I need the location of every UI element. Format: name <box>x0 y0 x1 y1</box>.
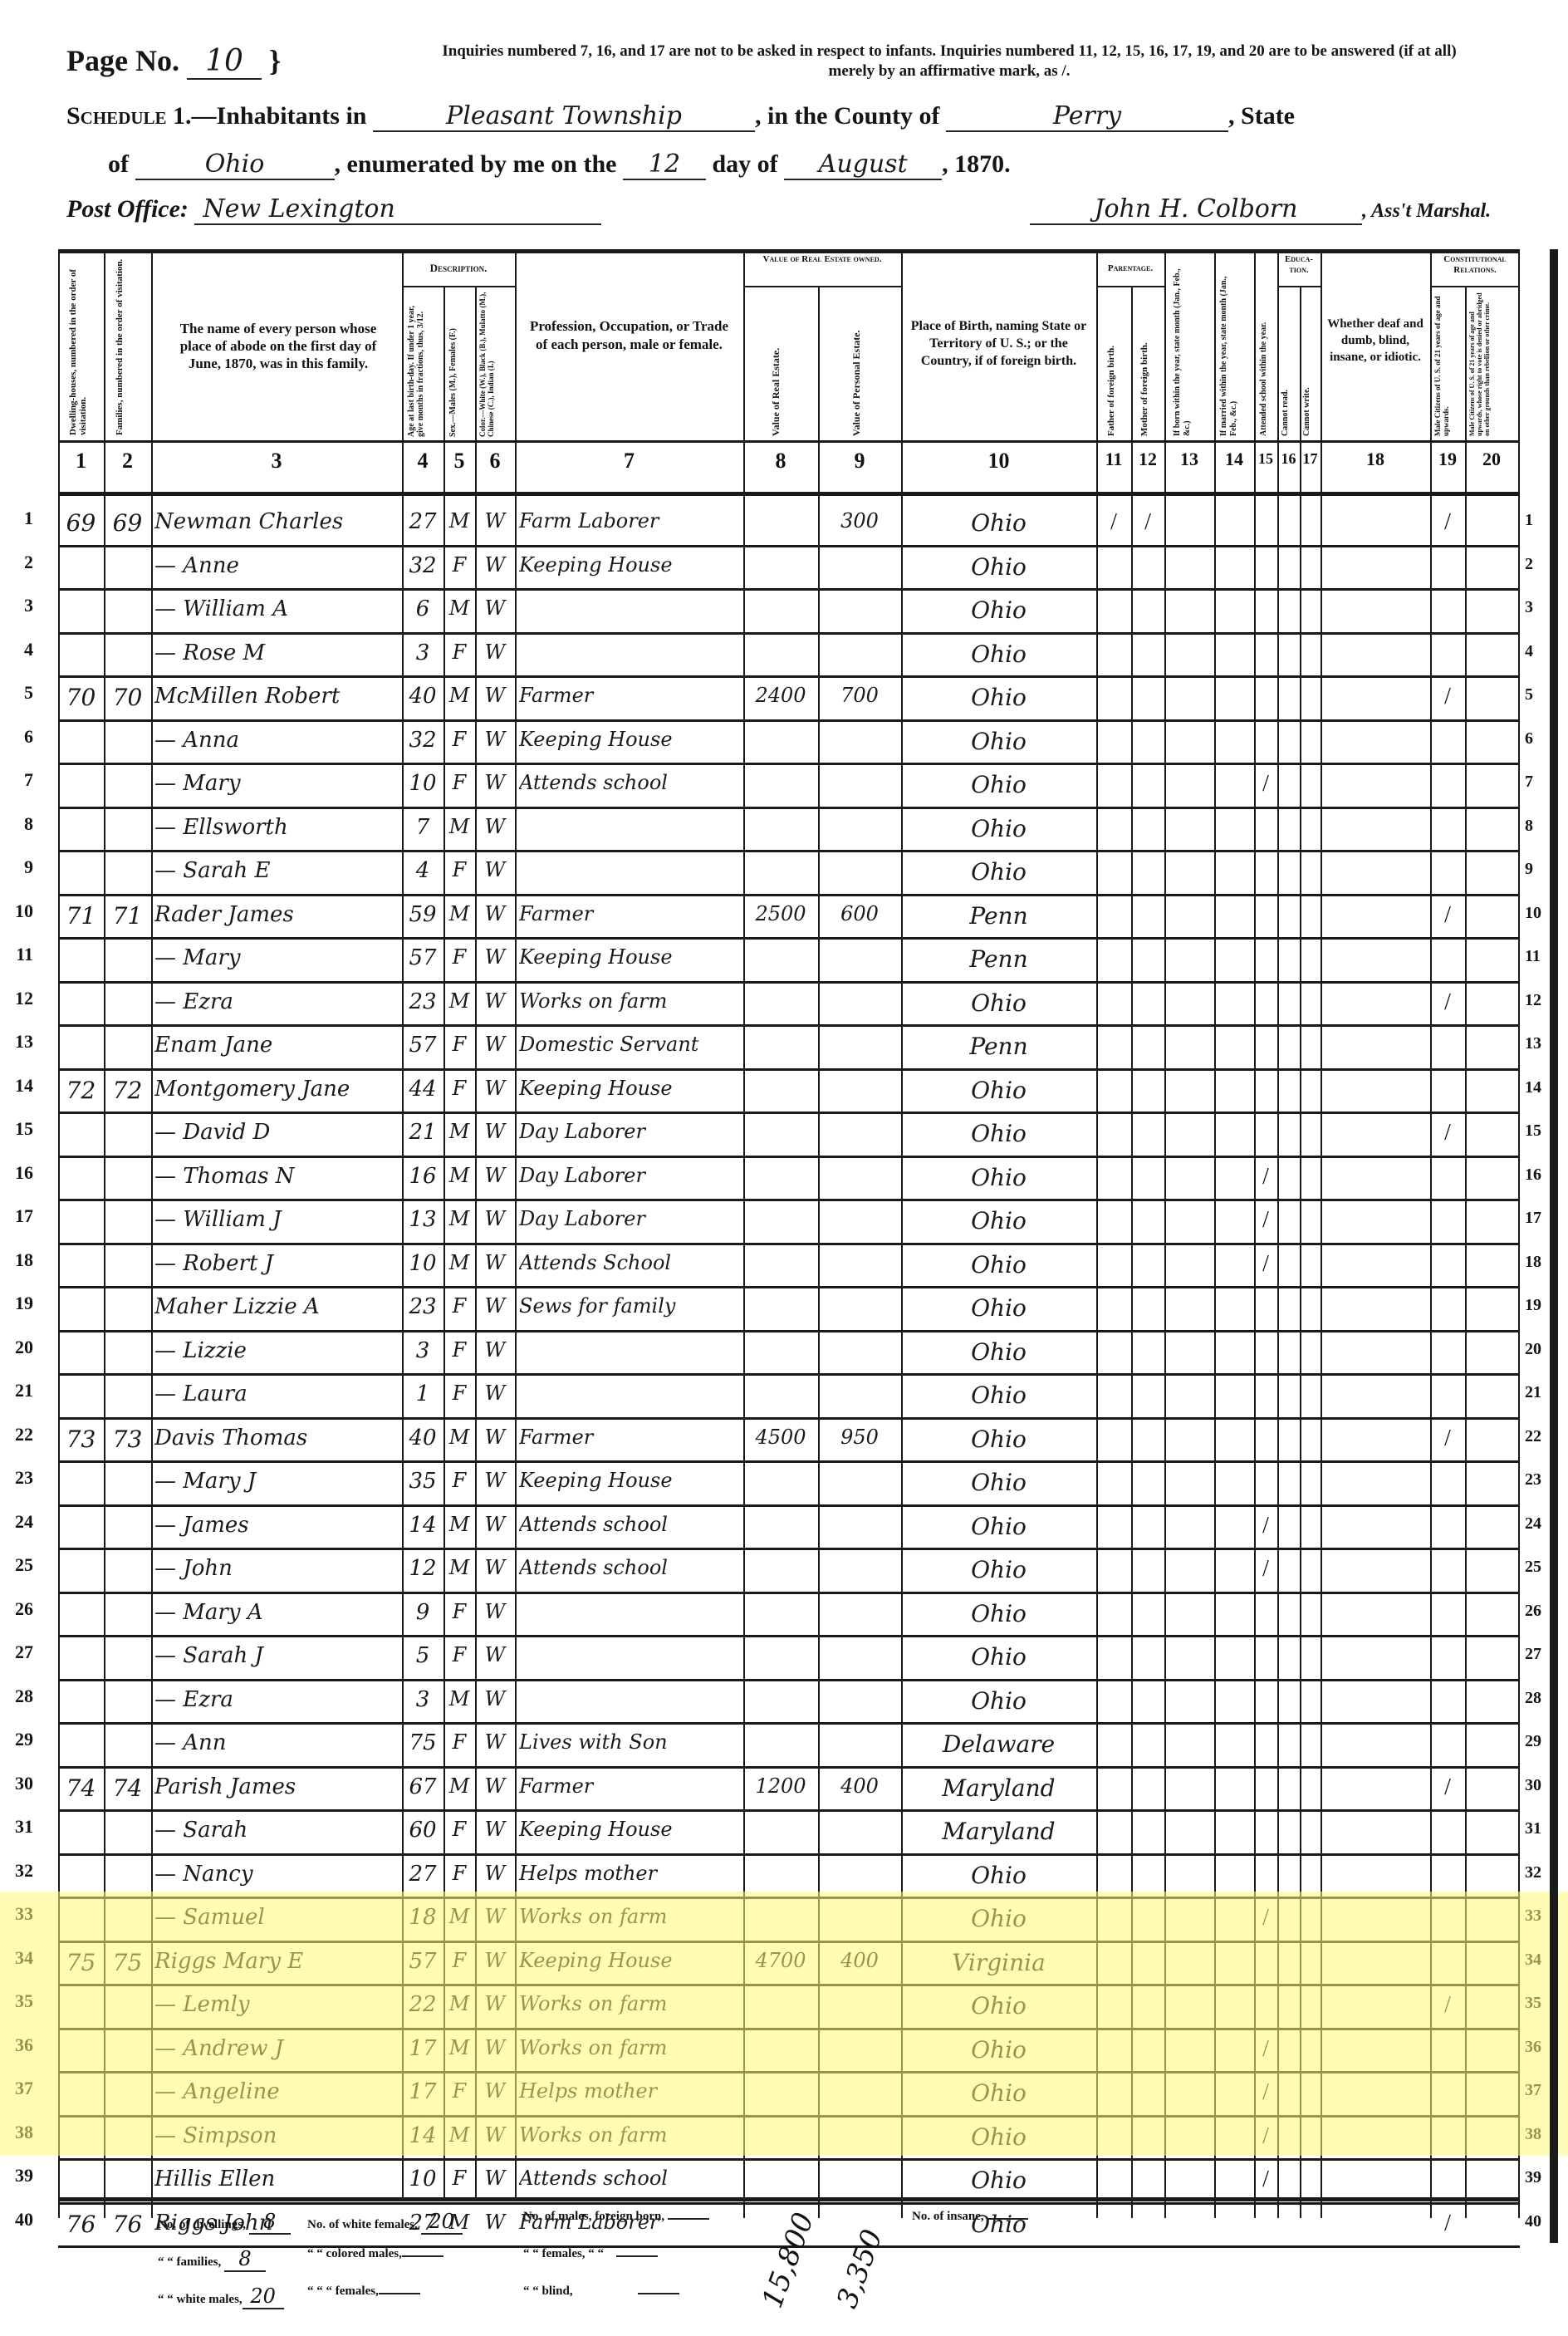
summary-white-females: No. of white females, 20 <box>307 2210 463 2235</box>
person-name: Hillis Ellen <box>154 2167 400 2191</box>
birthplace: Delaware <box>901 1730 1096 1758</box>
col16-header: Cannot read. <box>1281 295 1297 436</box>
inhabitants-label: —Inhabitants in <box>192 102 367 130</box>
color: W <box>475 1643 515 1666</box>
birthplace: Penn <box>901 945 1096 973</box>
family-number: 73 <box>104 1426 151 1453</box>
person-name: — Lizzie <box>154 1338 400 1363</box>
age: 6 <box>402 596 443 621</box>
line-number: 20 <box>3 1337 33 1358</box>
enumeration-line: of Ohio, enumerated by me on the 12 day … <box>108 150 1011 180</box>
personal-estate-value: 950 <box>818 1426 901 1449</box>
person-name: Parish James <box>154 1774 400 1799</box>
line-number: 15 <box>3 1118 33 1140</box>
summary-families: “ “ families, 8 <box>158 2247 266 2272</box>
birthplace: Maryland <box>901 1818 1096 1845</box>
sex: M <box>443 684 475 707</box>
age: 35 <box>402 1469 443 1494</box>
age: 27 <box>402 1862 443 1887</box>
birthplace: Ohio <box>901 771 1096 798</box>
sex: F <box>443 1077 475 1100</box>
summary-label: “ “ females, “ “ <box>523 2247 604 2260</box>
person-name: — Mary J <box>154 1469 400 1494</box>
personal-estate-value: 600 <box>818 902 901 925</box>
person-name: — Robert J <box>154 1251 400 1276</box>
col20-header: Male Citizens of U. S. of 21 years of ag… <box>1468 291 1517 436</box>
color: W <box>475 1077 515 1100</box>
year-label: , 1870. <box>942 150 1011 178</box>
male-citizen-mark: / <box>1430 989 1465 1016</box>
col3-header: The name of every person whose place of … <box>166 320 390 372</box>
person-name: — William A <box>154 596 400 621</box>
table-row: 1717— William J13MWDay LaborerOhio/ <box>58 1200 1520 1244</box>
real-estate-value: 2500 <box>743 902 818 925</box>
summary-foreign-females: “ “ females, “ “ <box>523 2247 658 2261</box>
occupation: Helps mother <box>519 1862 742 1885</box>
dwelling-number: 72 <box>58 1077 104 1104</box>
dwelling-number: 74 <box>58 1774 104 1802</box>
col-number: 1 <box>58 449 104 474</box>
age: 1 <box>402 1381 443 1406</box>
instructions-notice: Inquiries numbered 7, 16, and 17 are not… <box>355 42 1543 81</box>
table-row: 1313Enam Jane57FWDomestic ServantPenn <box>58 1026 1520 1070</box>
real-estate-value: 1200 <box>743 1774 818 1798</box>
birthplace: Ohio <box>901 553 1096 581</box>
male-citizen-mark: / <box>1430 2211 1465 2237</box>
table-row: 10107171Rader James59MWFarmer2500600Penn… <box>58 896 1520 940</box>
male-citizen-mark: / <box>1430 684 1465 710</box>
table-row: 1818— Robert J10MWAttends SchoolOhio/ <box>58 1244 1520 1288</box>
line-number: 1 <box>3 508 33 529</box>
person-name: — Ellsworth <box>154 815 400 840</box>
birthplace: Ohio <box>901 815 1096 842</box>
col10-header: Place of Birth, naming State or Territor… <box>905 317 1092 370</box>
page-number: 10 <box>187 44 262 80</box>
person-name: — Ezra <box>154 989 400 1014</box>
summary-label: “ “ families, <box>158 2255 221 2269</box>
color: W <box>475 1294 515 1318</box>
notice-line-2: merely by an affirmative mark, as /. <box>355 61 1543 81</box>
line-number: 24 <box>3 1511 33 1533</box>
page-label: Page No. <box>66 44 179 77</box>
color: W <box>475 902 515 925</box>
occupation: Attends school <box>519 1513 742 1536</box>
sex: F <box>443 1381 475 1405</box>
birthplace: Ohio <box>901 596 1096 624</box>
color: W <box>475 945 515 969</box>
sex: M <box>443 1251 475 1274</box>
col17-header: Cannot write. <box>1302 295 1319 436</box>
personal-estate-value: 300 <box>818 509 901 532</box>
dwelling-number: 70 <box>58 684 104 711</box>
line-number: 3 <box>3 595 33 616</box>
age: 16 <box>402 1164 443 1189</box>
sex: F <box>443 2167 475 2190</box>
age: 23 <box>402 989 443 1014</box>
table-row: 33— William A6MWOhio <box>58 590 1520 634</box>
birthplace: Penn <box>901 1033 1096 1060</box>
col7-header: Profession, Occupation, or Trade of each… <box>523 317 735 354</box>
color: W <box>475 509 515 532</box>
col2-header: Families, numbered in the order of visit… <box>115 258 143 435</box>
age: 57 <box>402 945 443 970</box>
value-group-header: Value of Real Estate owned. <box>743 254 901 265</box>
summary-label: No. of dwellings, <box>158 2218 246 2231</box>
summary-label: No. of insane, <box>912 2210 984 2223</box>
mother-foreign-mark: / <box>1131 509 1164 536</box>
col18-header: Whether deaf and dumb, blind, insane, or… <box>1325 316 1426 366</box>
state-label: , State <box>1228 102 1295 130</box>
summary-label: “ “ white males, <box>158 2293 243 2306</box>
attended-school-mark: / <box>1254 2167 1277 2193</box>
age: 27 <box>402 509 443 534</box>
insane-count <box>987 2218 1028 2220</box>
color: W <box>475 989 515 1013</box>
table-row: 22— Anne32FWKeeping HouseOhio <box>58 547 1520 591</box>
col9-header: Value of Personal Estate. <box>851 299 871 436</box>
line-number: 31 <box>3 1816 33 1838</box>
col-number: 2 <box>104 449 151 474</box>
line-number: 22 <box>3 1424 33 1445</box>
col-number: 17 <box>1300 450 1321 468</box>
notice-line-1: Inquiries numbered 7, 16, and 17 are not… <box>355 42 1543 61</box>
sex: M <box>443 1687 475 1710</box>
col6-header: Color.—White (W.), Black (B.), Mulatto (… <box>478 291 512 437</box>
dwelling-number: 76 <box>58 2211 104 2238</box>
occupation: Sews for family <box>519 1294 742 1318</box>
description-group-rule <box>402 286 515 287</box>
sex: M <box>443 815 475 838</box>
age: 5 <box>402 1643 443 1668</box>
sex: F <box>443 553 475 577</box>
person-name: Montgomery Jane <box>154 1077 400 1102</box>
line-number: 40 <box>3 2209 33 2230</box>
family-number: 70 <box>104 684 151 711</box>
person-name: — Anna <box>154 728 400 753</box>
color: W <box>475 1251 515 1274</box>
enumerated-label: , enumerated by me on the <box>335 150 617 178</box>
marshal-signature: John H. Colborn <box>1030 194 1362 225</box>
age: 14 <box>402 1513 443 1538</box>
birthplace: Ohio <box>901 1469 1096 1496</box>
col-number: 13 <box>1164 449 1214 470</box>
person-name: — Ann <box>154 1730 400 1755</box>
table-row: 2323— Mary J35FWKeeping HouseOhio <box>58 1462 1520 1506</box>
color: W <box>475 1469 515 1492</box>
age: 9 <box>402 1600 443 1625</box>
table-row: 116969Newman Charles27MWFarm Laborer300O… <box>58 503 1520 547</box>
summary-white-males: “ “ white males,20 <box>158 2284 284 2309</box>
age: 40 <box>402 1426 443 1450</box>
summary-label: “ “ colored males, <box>307 2247 402 2260</box>
age: 32 <box>402 553 443 578</box>
constitutional-group-rule <box>1430 286 1520 287</box>
summary-insane: No. of insane, <box>912 2210 1028 2224</box>
occupation: Day Laborer <box>519 1120 742 1143</box>
line-number: 7 <box>3 769 33 791</box>
line-number: 25 <box>3 1554 33 1576</box>
attended-school-mark: / <box>1254 1513 1277 1539</box>
colored-males-count <box>402 2255 443 2257</box>
education-group-rule <box>1277 286 1321 287</box>
person-name: Davis Thomas <box>154 1426 400 1450</box>
occupation: Attends school <box>519 2167 742 2190</box>
line-number: 14 <box>3 1075 33 1097</box>
occupation: Keeping House <box>519 1818 742 1841</box>
line-number: 8 <box>3 813 33 835</box>
sex: F <box>443 1469 475 1492</box>
age: 21 <box>402 1120 443 1145</box>
table-row: 1515— David D21MWDay LaborerOhio/ <box>58 1113 1520 1157</box>
person-name: — Nancy <box>154 1862 400 1887</box>
person-name: Rader James <box>154 902 400 927</box>
top-rule <box>58 249 1520 253</box>
sex: F <box>443 1338 475 1362</box>
attended-school-mark: / <box>1254 1556 1277 1583</box>
birthplace: Ohio <box>901 1120 1096 1147</box>
line-number: 29 <box>3 1729 33 1750</box>
sex: F <box>443 1643 475 1666</box>
color: W <box>475 1862 515 1885</box>
value-group-rule <box>743 286 901 287</box>
person-name: — Sarah J <box>154 1643 400 1668</box>
age: 12 <box>402 1556 443 1581</box>
birthplace: Ohio <box>901 1251 1096 1278</box>
birthplace: Ohio <box>901 1164 1096 1191</box>
col-number: 18 <box>1321 449 1430 470</box>
summary-label: No. of males, foreign born, <box>523 2210 664 2223</box>
table-row: 2727— Sarah J5FWOhio <box>58 1637 1520 1681</box>
table-row: 44— Rose M3FWOhio <box>58 634 1520 678</box>
person-name: Maher Lizzie A <box>154 1294 400 1319</box>
line-number: 12 <box>3 988 33 1009</box>
schedule-line: Schedule 1.—Inhabitants in Pleasant Town… <box>66 101 1295 132</box>
line-number: 17 <box>3 1205 33 1227</box>
col8-header: Value of Real Estate. <box>771 299 791 436</box>
father-foreign-mark: / <box>1096 509 1131 536</box>
sex: F <box>443 1730 475 1754</box>
line-number: 10 <box>3 901 33 922</box>
birthplace: Ohio <box>901 684 1096 711</box>
age: 75 <box>402 1730 443 1755</box>
col-number: 12 <box>1131 449 1164 470</box>
line-number: 23 <box>3 1467 33 1489</box>
sex: F <box>443 1294 475 1318</box>
sex: F <box>443 858 475 881</box>
table-row: 2424— James14MWAttends schoolOhio/ <box>58 1506 1520 1550</box>
color: W <box>475 640 515 664</box>
dwelling-number: 73 <box>58 1426 104 1453</box>
person-name: Enam Jane <box>154 1033 400 1058</box>
age: 57 <box>402 1033 443 1058</box>
col-number: 6 <box>475 449 515 474</box>
table-row: 1212— Ezra23MWWorks on farmOhio/ <box>58 983 1520 1027</box>
col-number: 7 <box>515 449 743 474</box>
month-field: August <box>784 150 942 180</box>
summary-label: “ “ “ females, <box>307 2284 379 2298</box>
table-row: 1111— Mary57FWKeeping HousePenn <box>58 939 1520 983</box>
description-group-header: Description. <box>402 261 515 276</box>
col-number: 8 <box>743 449 818 474</box>
summary-colored-males: “ “ colored males, <box>307 2247 443 2261</box>
color: W <box>475 596 515 620</box>
parentage-group-rule <box>1096 286 1164 287</box>
line-number: 9 <box>3 856 33 878</box>
table-row: 77— Mary10FWAttends schoolOhio/ <box>58 764 1520 808</box>
line-number: 26 <box>3 1598 33 1620</box>
occupation: Lives with Son <box>519 1730 742 1754</box>
col-number: 16 <box>1277 450 1300 468</box>
table-row: 22227373Davis Thomas40MWFarmer4500950Ohi… <box>58 1419 1520 1463</box>
sex: M <box>443 596 475 620</box>
sex: F <box>443 945 475 969</box>
family-number: 74 <box>104 1774 151 1802</box>
col-number: 19 <box>1430 449 1465 470</box>
table-row: 557070McMillen Robert40MWFarmer2400700Oh… <box>58 677 1520 721</box>
color: W <box>475 1426 515 1449</box>
birthplace: Ohio <box>901 858 1096 886</box>
col1-header: Dwelling-houses, numbered in the order o… <box>68 258 96 435</box>
family-number: 72 <box>104 1077 151 1104</box>
col-number: 3 <box>151 449 402 474</box>
occupation: Farmer <box>519 902 742 925</box>
post-office-field: New Lexington <box>194 194 601 225</box>
sex: M <box>443 1207 475 1230</box>
col-number: 4 <box>402 449 443 474</box>
person-name: — Mary <box>154 945 400 970</box>
birthplace: Ohio <box>901 1862 1096 1889</box>
birthplace: Ohio <box>901 1513 1096 1540</box>
birthplace: Ohio <box>901 640 1096 668</box>
blind-count <box>638 2293 679 2294</box>
line-number: 39 <box>3 2165 33 2186</box>
summary-label: No. of white females, <box>307 2218 418 2231</box>
family-number: 76 <box>104 2211 151 2238</box>
sex: F <box>443 771 475 794</box>
table-row: 2525— John12MWAttends schoolOhio/ <box>58 1549 1520 1593</box>
person-name: — James <box>154 1513 400 1538</box>
col15-header: Attended school within the year. <box>1259 258 1274 436</box>
sex: M <box>443 1164 475 1187</box>
sex: M <box>443 1556 475 1579</box>
line-number: 11 <box>3 944 33 965</box>
col-number: 14 <box>1214 449 1254 470</box>
county-label: , in the County of <box>755 102 940 130</box>
post-office-line: Post Office: New Lexington <box>66 194 601 225</box>
birthplace: Ohio <box>901 1643 1096 1671</box>
line-number: 30 <box>3 1773 33 1794</box>
color: W <box>475 1600 515 1623</box>
summary-blind: “ “ blind, <box>523 2284 679 2299</box>
color: W <box>475 1513 515 1536</box>
real-estate-value: 2400 <box>743 684 818 707</box>
sex: F <box>443 1818 475 1841</box>
color: W <box>475 684 515 707</box>
county-field: Perry <box>946 101 1228 132</box>
col12-header: Mother of foreign birth. <box>1139 295 1158 436</box>
age: 23 <box>402 1294 443 1319</box>
families-count: 8 <box>224 2247 266 2272</box>
birthplace: Ohio <box>901 1687 1096 1715</box>
col-number: 11 <box>1096 449 1131 470</box>
col5-header: Sex.—Males (M.), Females (F.) <box>448 291 472 437</box>
table-row: 2929— Ann75FWLives with SonDelaware <box>58 1724 1520 1768</box>
color: W <box>475 1207 515 1230</box>
birthplace: Ohio <box>901 728 1096 755</box>
sex: M <box>443 989 475 1013</box>
post-office-label: Post Office: <box>66 195 189 223</box>
age: 3 <box>402 640 443 665</box>
occupation: Farmer <box>519 1426 742 1449</box>
education-group-header: Educa-tion. <box>1277 254 1321 276</box>
col4-header: Age at last birth-day. If under 1 year, … <box>407 291 440 437</box>
col-number: 9 <box>818 449 901 474</box>
table-row: 30307474Parish James67MWFarmer1200400Mar… <box>58 1768 1520 1812</box>
foreign-females-count <box>616 2255 658 2257</box>
male-citizen-mark: / <box>1430 509 1465 536</box>
line-number: 28 <box>3 1686 33 1707</box>
dwellings-count: 8 <box>249 2210 291 2235</box>
color: W <box>475 1120 515 1143</box>
age: 67 <box>402 1774 443 1799</box>
male-citizen-mark: / <box>1430 1774 1465 1801</box>
age: 10 <box>402 771 443 796</box>
birthplace: Ohio <box>901 1381 1096 1409</box>
occupation: Works on farm <box>519 989 742 1013</box>
age: 4 <box>402 858 443 883</box>
table-row: 2828— Ezra3MWOhio <box>58 1681 1520 1725</box>
table-row: 2626— Mary A9FWOhio <box>58 1593 1520 1637</box>
col-number: 10 <box>901 449 1096 474</box>
page-number-label: Page No. 10 } <box>66 43 281 80</box>
line-number: 19 <box>3 1293 33 1314</box>
color: W <box>475 2211 515 2234</box>
col-number: 15 <box>1254 450 1277 468</box>
white-males-count: 20 <box>243 2284 284 2309</box>
age: 3 <box>402 1338 443 1363</box>
age: 10 <box>402 1251 443 1276</box>
occupation: Day Laborer <box>519 1207 742 1230</box>
col19-header: Male Citizens of U. S. of 21 years of ag… <box>1433 291 1462 436</box>
person-name: — Sarah <box>154 1818 400 1843</box>
summary-foreign-males: No. of males, foreign born, <box>523 2210 709 2224</box>
col11-header: Father of foreign birth. <box>1106 295 1125 436</box>
person-name: McMillen Robert <box>154 684 400 709</box>
birthplace: Ohio <box>901 509 1096 537</box>
age: 40 <box>402 684 443 709</box>
day-field: 12 <box>623 150 706 180</box>
occupation: Keeping House <box>519 728 742 751</box>
person-name: — William J <box>154 1207 400 1232</box>
occupation: Keeping House <box>519 1469 742 1492</box>
sex: F <box>443 728 475 751</box>
table-row: 2121— Laura1FWOhio <box>58 1375 1520 1419</box>
age: 44 <box>402 1077 443 1102</box>
table-row: 1616— Thomas N16MWDay LaborerOhio/ <box>58 1157 1520 1201</box>
colored-females-count <box>379 2293 420 2294</box>
marshal-label: , Ass't Marshal. <box>1362 200 1491 222</box>
occupation: Farmer <box>519 684 742 707</box>
line-number: 6 <box>3 726 33 748</box>
col-number: 5 <box>443 449 475 474</box>
table-row: 3131— Sarah60FWKeeping HouseMaryland <box>58 1811 1520 1855</box>
col13-header: If born within the year, state month (Ja… <box>1173 258 1206 436</box>
table-row: 99— Sarah E4FWOhio <box>58 851 1520 896</box>
line-number: 32 <box>3 1860 33 1882</box>
occupation: Attends school <box>519 771 742 794</box>
occupation: Keeping House <box>519 1077 742 1100</box>
line-number: 5 <box>3 682 33 704</box>
